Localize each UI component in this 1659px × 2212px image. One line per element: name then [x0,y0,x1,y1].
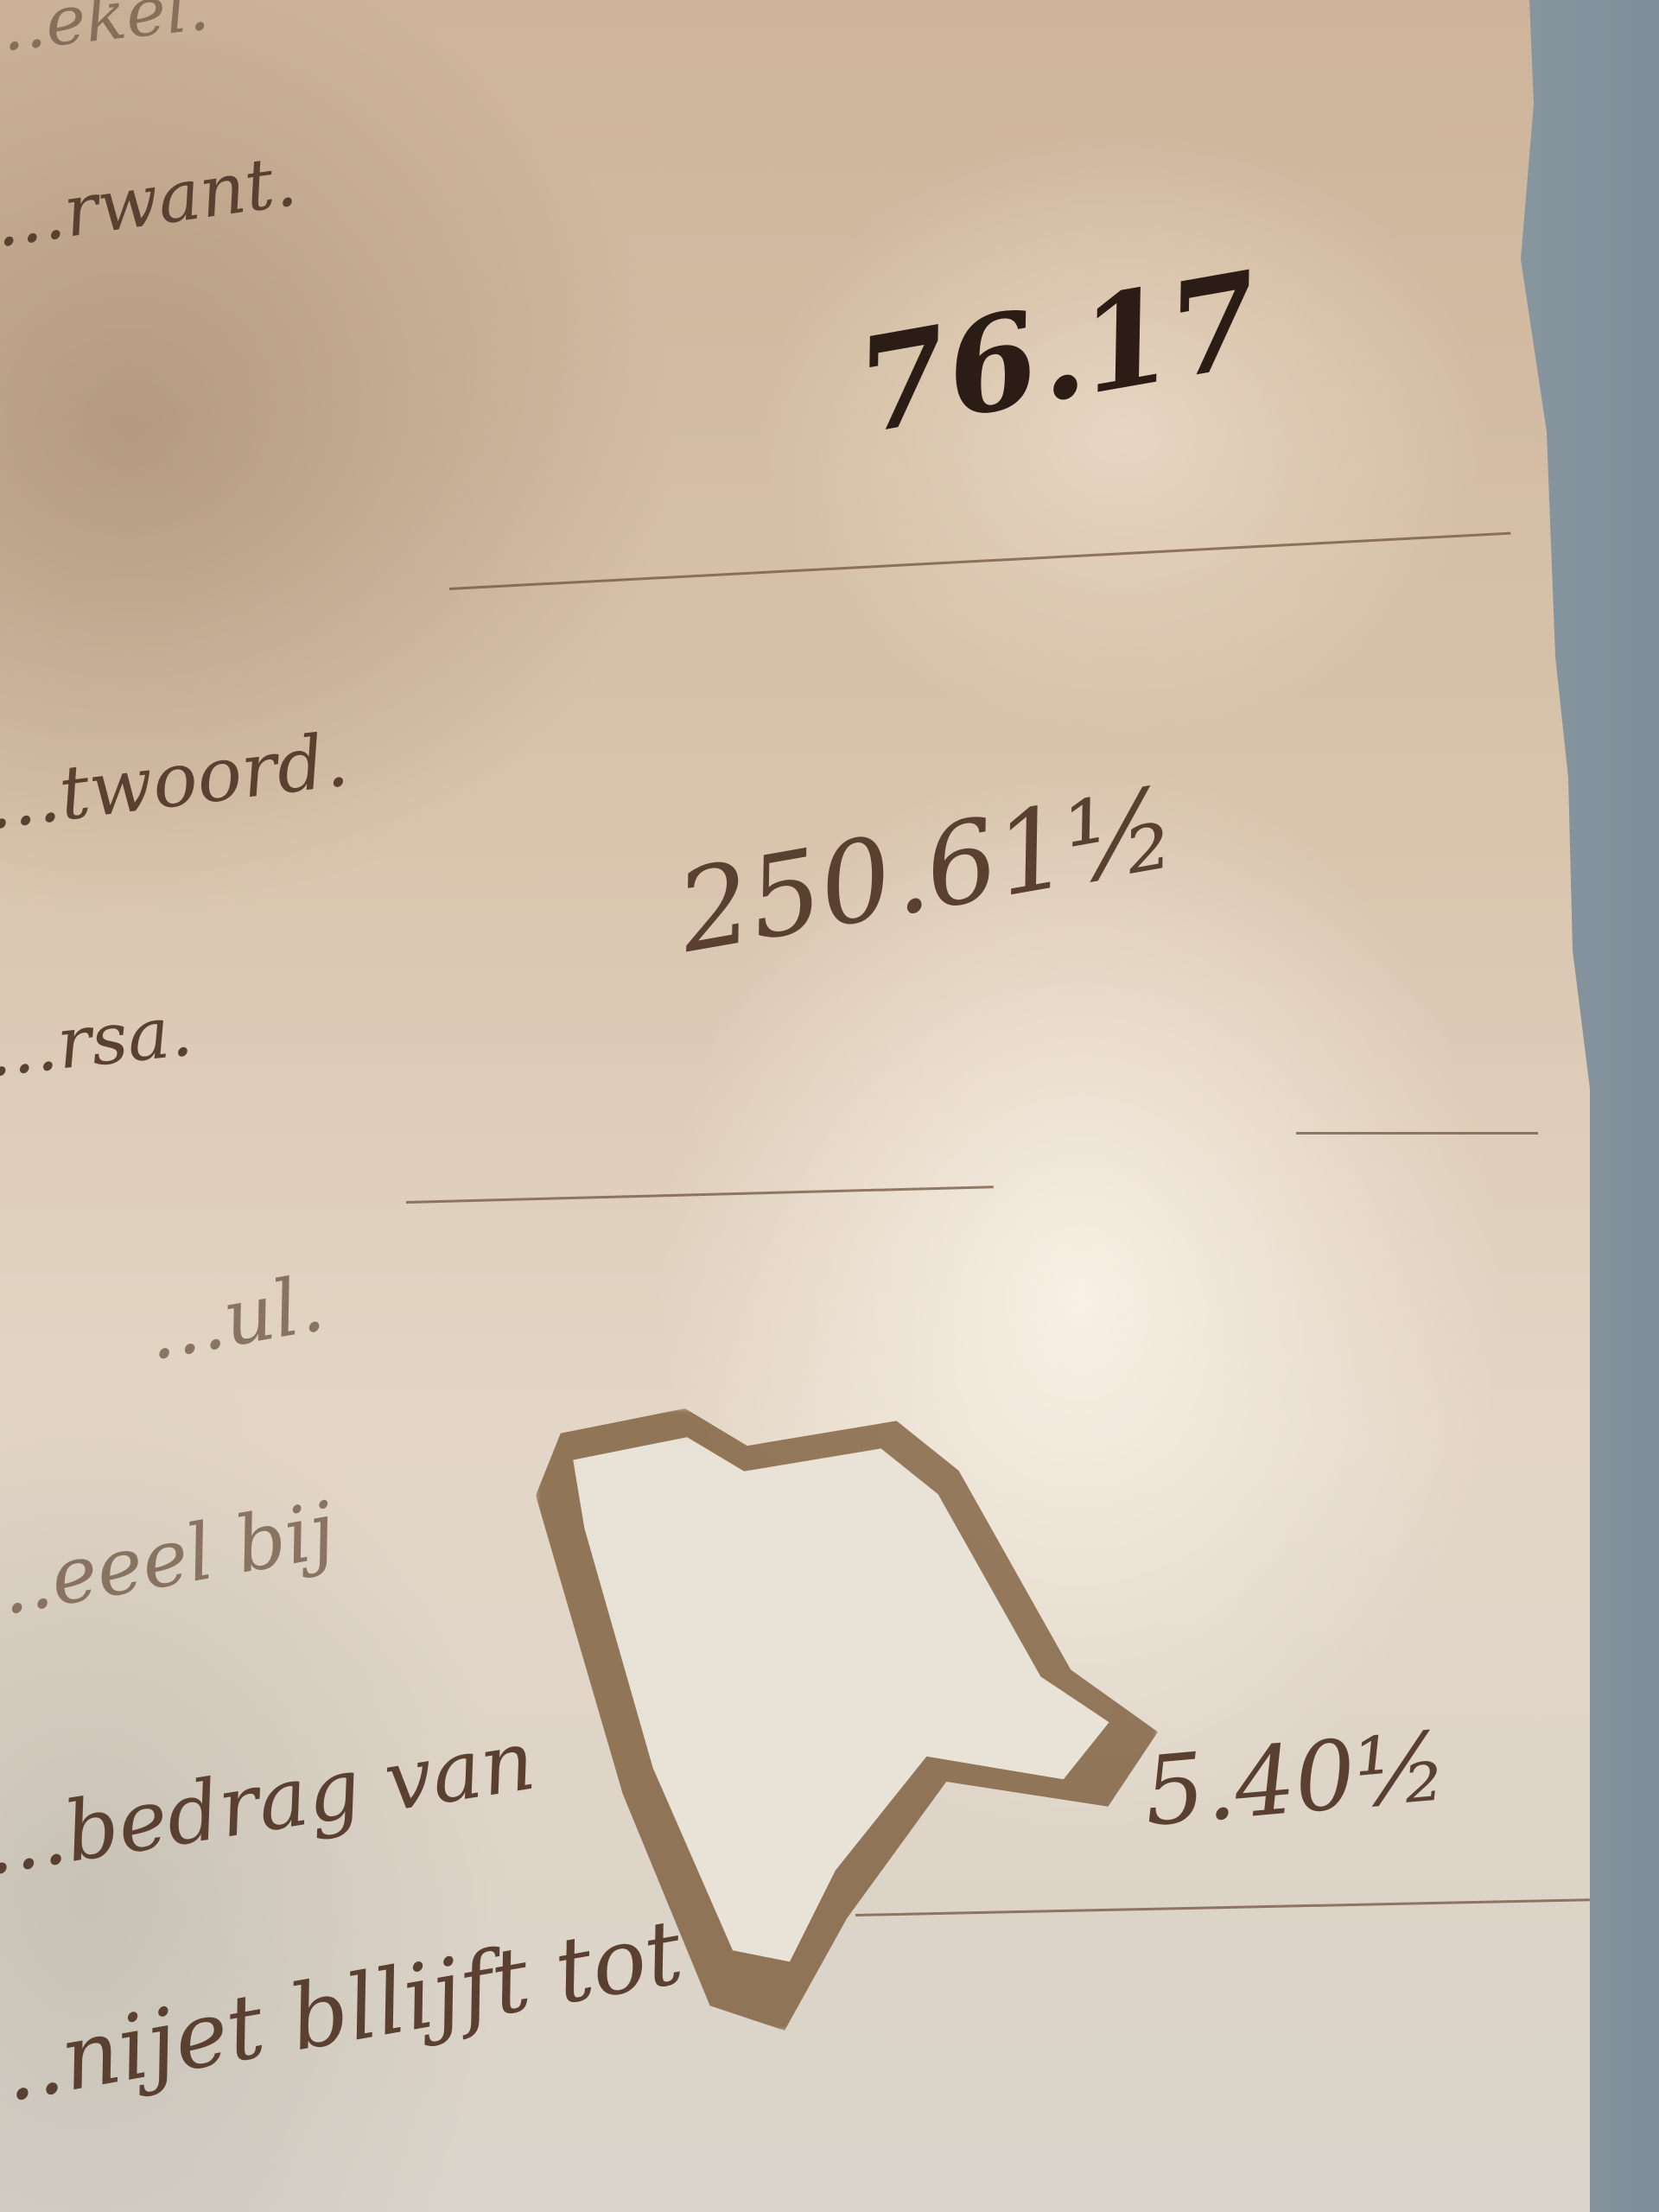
ledger-amount: 250.61½ [669,761,1185,978]
handwriting-line: …eeel bij [0,1484,341,1637]
handwriting-line: …rsa. [0,990,196,1093]
ledger-rule [449,532,1510,590]
handwriting-line: …bedrag van [0,1712,541,1894]
handwriting-line: …rwant. [0,140,302,264]
handwriting-line: …nijet bllijft tot [0,1899,690,2127]
ledger-rule [855,1898,1590,1916]
handwriting-line: …twoord. [0,716,353,847]
ledger-rule [406,1185,994,1204]
handwriting-line: …ekel. [0,0,213,69]
handwriting-line: …ul. [140,1258,330,1378]
ledger-rule [1296,1132,1538,1135]
ledger-amount: 5.40½ [1140,1711,1452,1847]
ledger-amount: 76.17 [846,243,1272,463]
ledger-page: …ekel. …rwant. …twoord. …rsa. …ul. …eeel… [0,0,1590,2212]
